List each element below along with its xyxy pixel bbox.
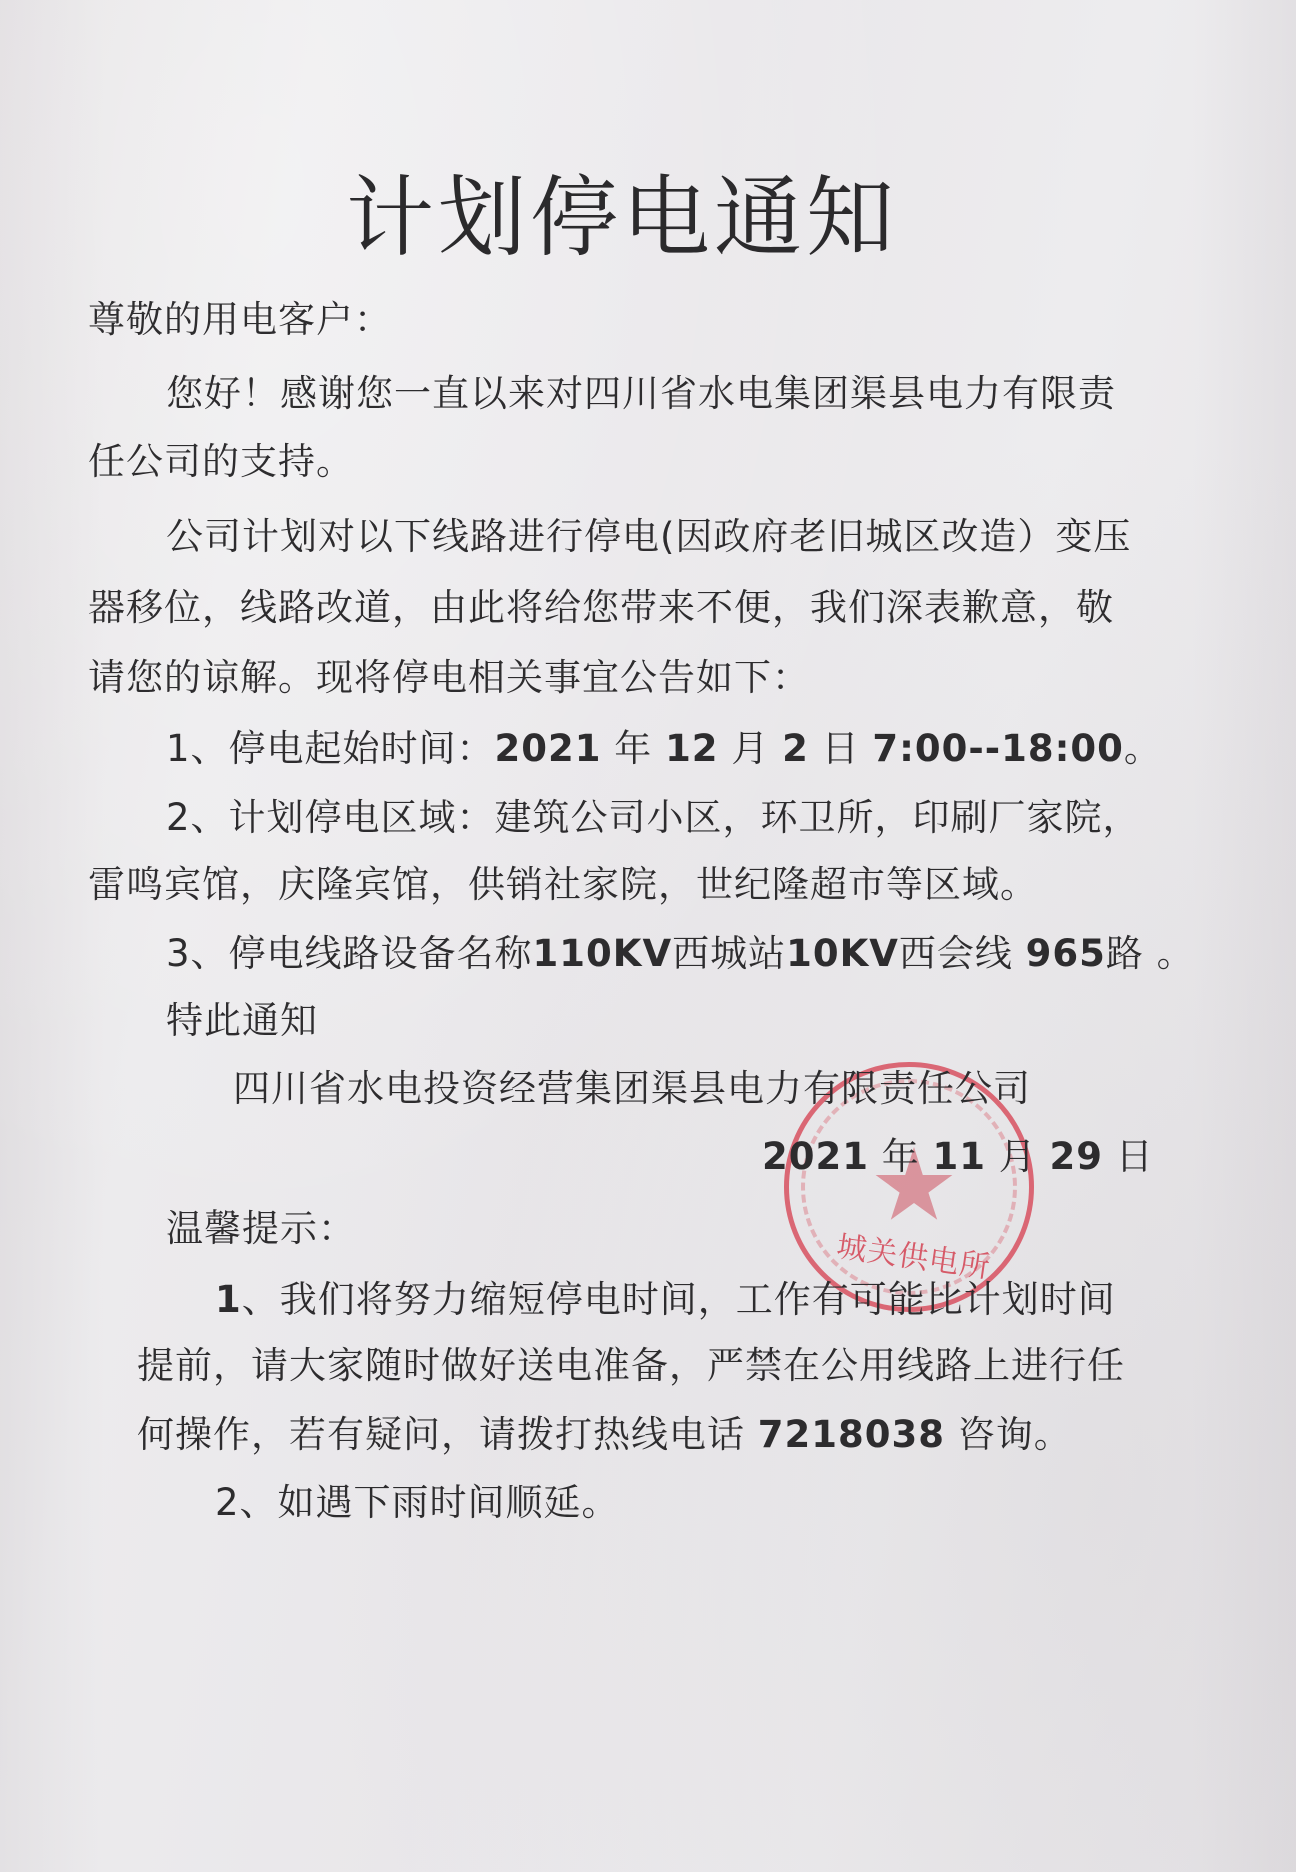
- equipment-label: 3、停电线路设备名称: [166, 932, 533, 975]
- month-unit: 月: [986, 1135, 1050, 1178]
- salutation: 尊敬的用电客户：: [88, 298, 392, 342]
- greeting-line-1: 您好！感谢您一直以来对四川省水电集团渠县电力有限责: [166, 372, 1116, 416]
- line-unit: 路: [1106, 932, 1157, 975]
- notice-title: 计划停电通知: [346, 168, 898, 268]
- station-voltage: 110KV: [533, 932, 673, 975]
- tip-1-line-3: 何操作，若有疑问，请拨打热线电话 7218038 咨询。: [137, 1413, 1072, 1457]
- closing: 特此通知: [166, 999, 318, 1043]
- hotline-label: 何操作，若有疑问，请拨打热线电话: [137, 1413, 758, 1456]
- hotline-number: 7218038: [758, 1413, 945, 1456]
- sentence-end: 。: [1157, 932, 1195, 975]
- station-name: 西城站: [672, 932, 786, 975]
- line-name: 西会线: [899, 932, 1026, 975]
- month-unit: 月: [719, 727, 783, 770]
- outage-year: 2021: [495, 727, 602, 770]
- line-voltage: 10KV: [786, 932, 899, 975]
- tip-1-number: 1: [215, 1278, 242, 1321]
- outage-day: 2: [782, 727, 809, 770]
- outage-month: 12: [665, 727, 719, 770]
- year-unit: 年: [869, 1135, 933, 1178]
- reason-line-3: 请您的谅解。现将停电相关事宜公告如下：: [88, 656, 810, 700]
- issue-month: 11: [933, 1135, 987, 1178]
- item-outage-line-equipment: 3、停电线路设备名称110KV西城站10KV西会线 965路 。: [166, 932, 1195, 976]
- item-outage-time-label: 1、停电起始时间：: [166, 727, 495, 770]
- tip-1-line-2: 提前，请大家随时做好送电准备，严禁在公用线路上进行任: [137, 1344, 1125, 1388]
- hotline-suffix: 咨询。: [945, 1413, 1072, 1456]
- issue-year: 2021: [762, 1135, 869, 1178]
- tip-1-text: 、我们将努力缩短停电时间，工作有可能比计划时间: [242, 1278, 1116, 1321]
- line-number: 965: [1026, 932, 1106, 975]
- item-outage-time: 1、停电起始时间：2021 年 12 月 2 日 7:00--18:00。: [166, 727, 1162, 771]
- item-outage-area-line-2: 雷鸣宾馆，庆隆宾馆，供销社家院，世纪隆超市等区域。: [88, 863, 1038, 907]
- reason-line-1: 公司计划对以下线路进行停电(因政府老旧城区改造）变压: [166, 515, 1131, 559]
- tips-heading: 温馨提示：: [166, 1207, 356, 1251]
- day-unit: 日: [1103, 1135, 1154, 1178]
- day-unit: 日: [809, 727, 873, 770]
- issuer: 四川省水电投资经营集团渠县电力有限责任公司: [233, 1067, 1031, 1111]
- greeting-line-2: 任公司的支持。: [88, 440, 354, 484]
- sentence-end: 。: [1124, 727, 1162, 770]
- reason-line-2: 器移位，线路改道，由此将给您带来不便，我们深表歉意，敬: [88, 586, 1114, 630]
- year-unit: 年: [602, 727, 666, 770]
- tip-1-line-1: 1、我们将努力缩短停电时间，工作有可能比计划时间: [215, 1278, 1116, 1322]
- tip-2: 2、如遇下雨时间顺延。: [215, 1481, 620, 1525]
- outage-time-range: 7:00--18:00: [872, 727, 1124, 770]
- issue-date: 2021 年 11 月 29 日: [762, 1135, 1154, 1179]
- item-outage-area-line-1: 2、计划停电区域：建筑公司小区，环卫所，印刷厂家院，: [166, 796, 1141, 840]
- issue-day: 29: [1050, 1135, 1104, 1178]
